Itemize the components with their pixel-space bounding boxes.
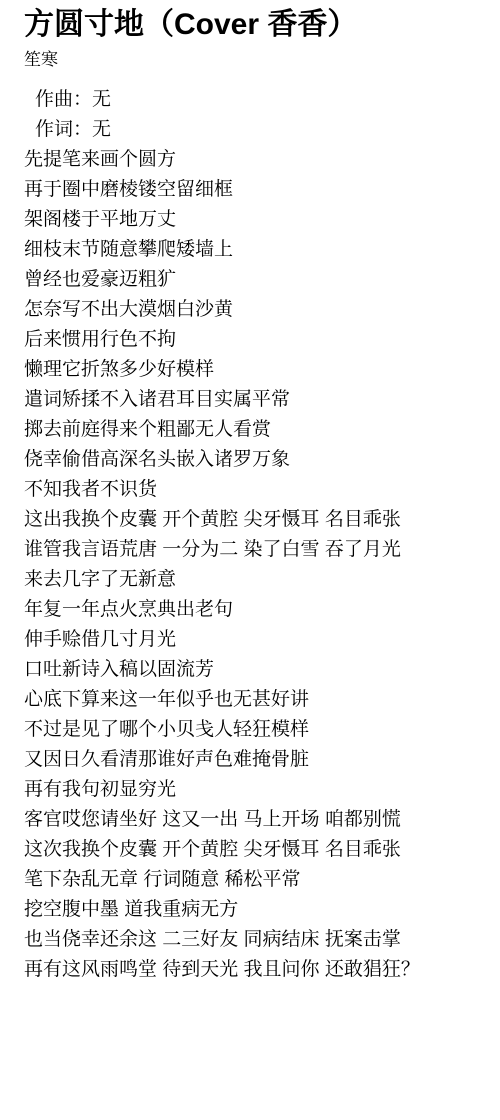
lyric-line: 伸手赊借几寸月光 bbox=[24, 625, 476, 655]
lyric-line: 曾经也爱豪迈粗犷 bbox=[24, 265, 476, 295]
lyric-line: 年复一年点火烹典出老句 bbox=[24, 595, 476, 625]
lyric-line: 心底下算来这一年似乎也无甚好讲 bbox=[24, 685, 476, 715]
lyric-line: 侥幸偷借高深名头嵌入诸罗万象 bbox=[24, 445, 476, 475]
lyric-line: 谁管我言语荒唐 一分为二 染了白雪 吞了月光 bbox=[24, 535, 476, 565]
lyric-line: 掷去前庭得来个粗鄙无人看赏 bbox=[24, 415, 476, 445]
lyric-line: 架阁楼于平地万丈 bbox=[24, 205, 476, 235]
credit-line: 作曲：无 bbox=[24, 85, 476, 115]
lyric-line: 这次我换个皮囊 开个黄腔 尖牙慑耳 名目乖张 bbox=[24, 835, 476, 865]
lyric-line: 细枝末节随意攀爬矮墙上 bbox=[24, 235, 476, 265]
lyric-line: 也当侥幸还余这 二三好友 同病结床 抚案击掌 bbox=[24, 925, 476, 955]
lyric-line: 挖空腹中墨 道我重病无方 bbox=[24, 895, 476, 925]
lyrics-page: 方圆寸地（Cover 香香） 笙寒 作曲：无作词：无 先提笔来画个圆方再于圈中磨… bbox=[0, 0, 500, 985]
artist-name: 笙寒 bbox=[24, 48, 476, 72]
credits-list: 作曲：无作词：无 bbox=[24, 85, 476, 145]
song-title: 方圆寸地（Cover 香香） bbox=[24, 6, 476, 44]
lyric-line: 懒理它折煞多少好模样 bbox=[24, 355, 476, 385]
lyric-line: 客官哎您请坐好 这又一出 马上开场 咱都别慌 bbox=[24, 805, 476, 835]
lyric-line: 遣词矫揉不入诸君耳目实属平常 bbox=[24, 385, 476, 415]
lyric-line: 再有这风雨鸣堂 待到天光 我且问你 还敢猖狂？ bbox=[24, 955, 476, 985]
credit-line: 作词：无 bbox=[24, 115, 476, 145]
lyric-line: 来去几字了无新意 bbox=[24, 565, 476, 595]
lyric-line: 笔下杂乱无章 行词随意 稀松平常 bbox=[24, 865, 476, 895]
lyric-line: 先提笔来画个圆方 bbox=[24, 145, 476, 175]
lyrics-list: 先提笔来画个圆方再于圈中磨棱镂空留细框架阁楼于平地万丈细枝末节随意攀爬矮墙上曾经… bbox=[24, 145, 476, 985]
lyric-line: 后来惯用行色不拘 bbox=[24, 325, 476, 355]
lyric-line: 怎奈写不出大漠烟白沙黄 bbox=[24, 295, 476, 325]
lyric-line: 再有我句初显穷光 bbox=[24, 775, 476, 805]
lyric-line: 口吐新诗入稿以固流芳 bbox=[24, 655, 476, 685]
lyric-line: 这出我换个皮囊 开个黄腔 尖牙慑耳 名目乖张 bbox=[24, 505, 476, 535]
lyric-line: 不过是见了哪个小贝戋人轻狂模样 bbox=[24, 715, 476, 745]
lyrics-block: 作曲：无作词：无 先提笔来画个圆方再于圈中磨棱镂空留细框架阁楼于平地万丈细枝末节… bbox=[24, 85, 476, 985]
lyric-line: 不知我者不识货 bbox=[24, 475, 476, 505]
lyric-line: 又因日久看清那谁好声色难掩骨脏 bbox=[24, 745, 476, 775]
lyric-line: 再于圈中磨棱镂空留细框 bbox=[24, 175, 476, 205]
